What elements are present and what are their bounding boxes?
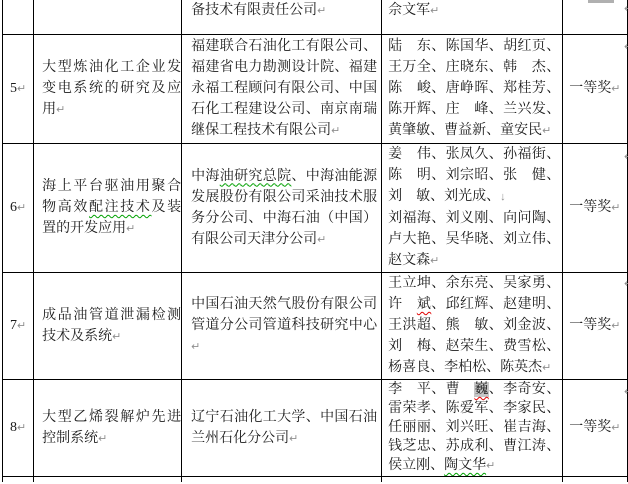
cell-project-partial bbox=[34, 477, 182, 483]
cell-names: 陆 东、陈国华、胡红页、王万全、庄晓东、韩 杰、陈 峻、唐峥晖、郑桂芳、陈开辉、… bbox=[382, 35, 563, 144]
cell-project: 大型乙烯裂解炉先进控制系统↵ bbox=[34, 380, 182, 477]
project-title: 海上平台驱油用聚合物高效配注技术及装置的开发应用↵ bbox=[42, 179, 181, 236]
award-text: 一等奖↵ bbox=[569, 318, 620, 333]
names-text: 王立坤、余东亮、吴家勇、许 斌、邱红辉、赵建明、王洪超、熊 敏、刘金波、刘 梅、… bbox=[388, 276, 560, 375]
names-text: 佘文军↵ bbox=[388, 3, 439, 18]
award-text: 一等奖↵ bbox=[569, 81, 620, 96]
cell-no: 7↵ bbox=[3, 273, 34, 380]
project-title: 大型炼油化工企业发变电系统的研究及应用↵ bbox=[42, 60, 181, 117]
table-row-partial-bottom bbox=[3, 477, 628, 483]
table-row-8: 8↵ 大型乙烯裂解炉先进控制系统↵ 辽宁石油化工大学、中国石油兰州石化分公司↵ … bbox=[3, 380, 628, 477]
cell-project: 成品油管道泄漏检测技术及系统↵ bbox=[34, 273, 182, 380]
names-text: 姜 伟、张凤久、孙福街、陈 明、刘宗昭、张 健、刘 敏、刘光成、↓ 刘福海、刘义… bbox=[388, 147, 560, 268]
names-text: 李 平、曹 巍、李奇安、雷荣孝、陈爱军、李家民、任丽丽、刘兴旺、崔吉海、钱芝忠、… bbox=[388, 382, 560, 473]
project-title: 大型乙烯裂解炉先进控制系统↵ bbox=[42, 410, 181, 446]
row-end-paragraph-mark: ↵ bbox=[624, 40, 628, 54]
row-number: 5↵ bbox=[10, 81, 26, 96]
cell-no: 6↵ bbox=[3, 144, 34, 273]
cell-org: 辽宁石油化工大学、中国石油兰州石化分公司↵ bbox=[182, 380, 382, 477]
word-document-page: 备技术有限责任公司↵ 佘文军↵ 5↵ 大型炼油化工企业发变电系统的研究及应用↵ … bbox=[0, 0, 628, 484]
cell-names: 李 平、曹 巍、李奇安、雷荣孝、陈爱军、李家民、任丽丽、刘兴旺、崔吉海、钱芝忠、… bbox=[382, 380, 563, 477]
org-text: 中国石油天然气股份有限公司管道分公司管道科技研究中心↵ bbox=[191, 297, 377, 354]
cell-no: 8↵ bbox=[3, 380, 34, 477]
cell-award: 一等奖↵ bbox=[563, 144, 628, 273]
names-text: 陆 东、陈国华、胡红页、王万全、庄晓东、韩 杰、陈 峻、唐峥晖、郑桂芳、陈开辉、… bbox=[388, 39, 560, 138]
cell-project: 大型炼油化工企业发变电系统的研究及应用↵ bbox=[34, 35, 182, 144]
row-end-paragraph-mark: ↵ bbox=[624, 277, 628, 291]
table-row-6: 6↵ 海上平台驱油用聚合物高效配注技术及装置的开发应用↵ 中海油研究总院、中海油… bbox=[3, 144, 628, 273]
cell-names-partial bbox=[382, 477, 563, 483]
award-table: 备技术有限责任公司↵ 佘文军↵ 5↵ 大型炼油化工企业发变电系统的研究及应用↵ … bbox=[2, 0, 628, 482]
cell-no-partial bbox=[3, 0, 34, 35]
org-text: 辽宁石油化工大学、中国石油兰州石化分公司↵ bbox=[191, 410, 377, 446]
cell-no: 5↵ bbox=[3, 35, 34, 144]
row-number: 8↵ bbox=[10, 420, 26, 435]
row-number: 7↵ bbox=[10, 318, 26, 333]
cell-names: 王立坤、余东亮、吴家勇、许 斌、邱红辉、赵建明、王洪超、熊 敏、刘金波、刘 梅、… bbox=[382, 273, 563, 380]
row-number: 6↵ bbox=[10, 200, 26, 215]
cell-award: 一等奖↵ bbox=[563, 35, 628, 144]
table-row-partial-top: 备技术有限责任公司↵ 佘文军↵ bbox=[3, 0, 628, 35]
cell-org: 中海油研究总院、中海油能源发展股份有限公司采油技术服务分公司、中海石油（中国）有… bbox=[182, 144, 382, 273]
row-end-paragraph-mark: ↵ bbox=[624, 150, 628, 164]
cell-org-partial bbox=[182, 477, 382, 483]
cell-org: 福建联合石油化工有限公司、福建省电力勘测设计院、福建永福工程顾问有限公司、中国石… bbox=[182, 35, 382, 144]
cell-award: 一等奖↵ bbox=[563, 273, 628, 380]
row-end-paragraph-mark: ↵ bbox=[624, 385, 628, 399]
cell-project-partial bbox=[34, 0, 182, 35]
cell-org: 中国石油天然气股份有限公司管道分公司管道科技研究中心↵ bbox=[182, 273, 382, 380]
org-text: 备技术有限责任公司↵ bbox=[191, 3, 326, 18]
cell-org-partial: 备技术有限责任公司↵ bbox=[182, 0, 382, 35]
cell-award-partial bbox=[563, 477, 628, 483]
table-row-5: 5↵ 大型炼油化工企业发变电系统的研究及应用↵ 福建联合石油化工有限公司、福建省… bbox=[3, 35, 628, 144]
cell-names-partial: 佘文军↵ bbox=[382, 0, 563, 35]
project-title: 成品油管道泄漏检测技术及系统↵ bbox=[42, 308, 181, 344]
cell-no-partial bbox=[3, 477, 34, 483]
row-end-paragraph-mark: ↵ bbox=[624, 2, 628, 16]
cell-project: 海上平台驱油用聚合物高效配注技术及装置的开发应用↵ bbox=[34, 144, 182, 273]
cell-names: 姜 伟、张凤久、孙福街、陈 明、刘宗昭、张 健、刘 敏、刘光成、↓ 刘福海、刘义… bbox=[382, 144, 563, 273]
org-text: 中海油研究总院、中海油能源发展股份有限公司采油技术服务分公司、中海石油（中国）有… bbox=[191, 169, 377, 247]
cell-award: 一等奖↵ bbox=[563, 380, 628, 477]
table-row-7: 7↵ 成品油管道泄漏检测技术及系统↵ 中国石油天然气股份有限公司管道分公司管道科… bbox=[3, 273, 628, 380]
org-text: 福建联合石油化工有限公司、福建省电力勘测设计院、福建永福工程顾问有限公司、中国石… bbox=[191, 39, 377, 138]
award-text: 一等奖↵ bbox=[569, 200, 620, 215]
award-text: 一等奖↵ bbox=[569, 420, 620, 435]
cell-award-partial bbox=[563, 0, 628, 35]
